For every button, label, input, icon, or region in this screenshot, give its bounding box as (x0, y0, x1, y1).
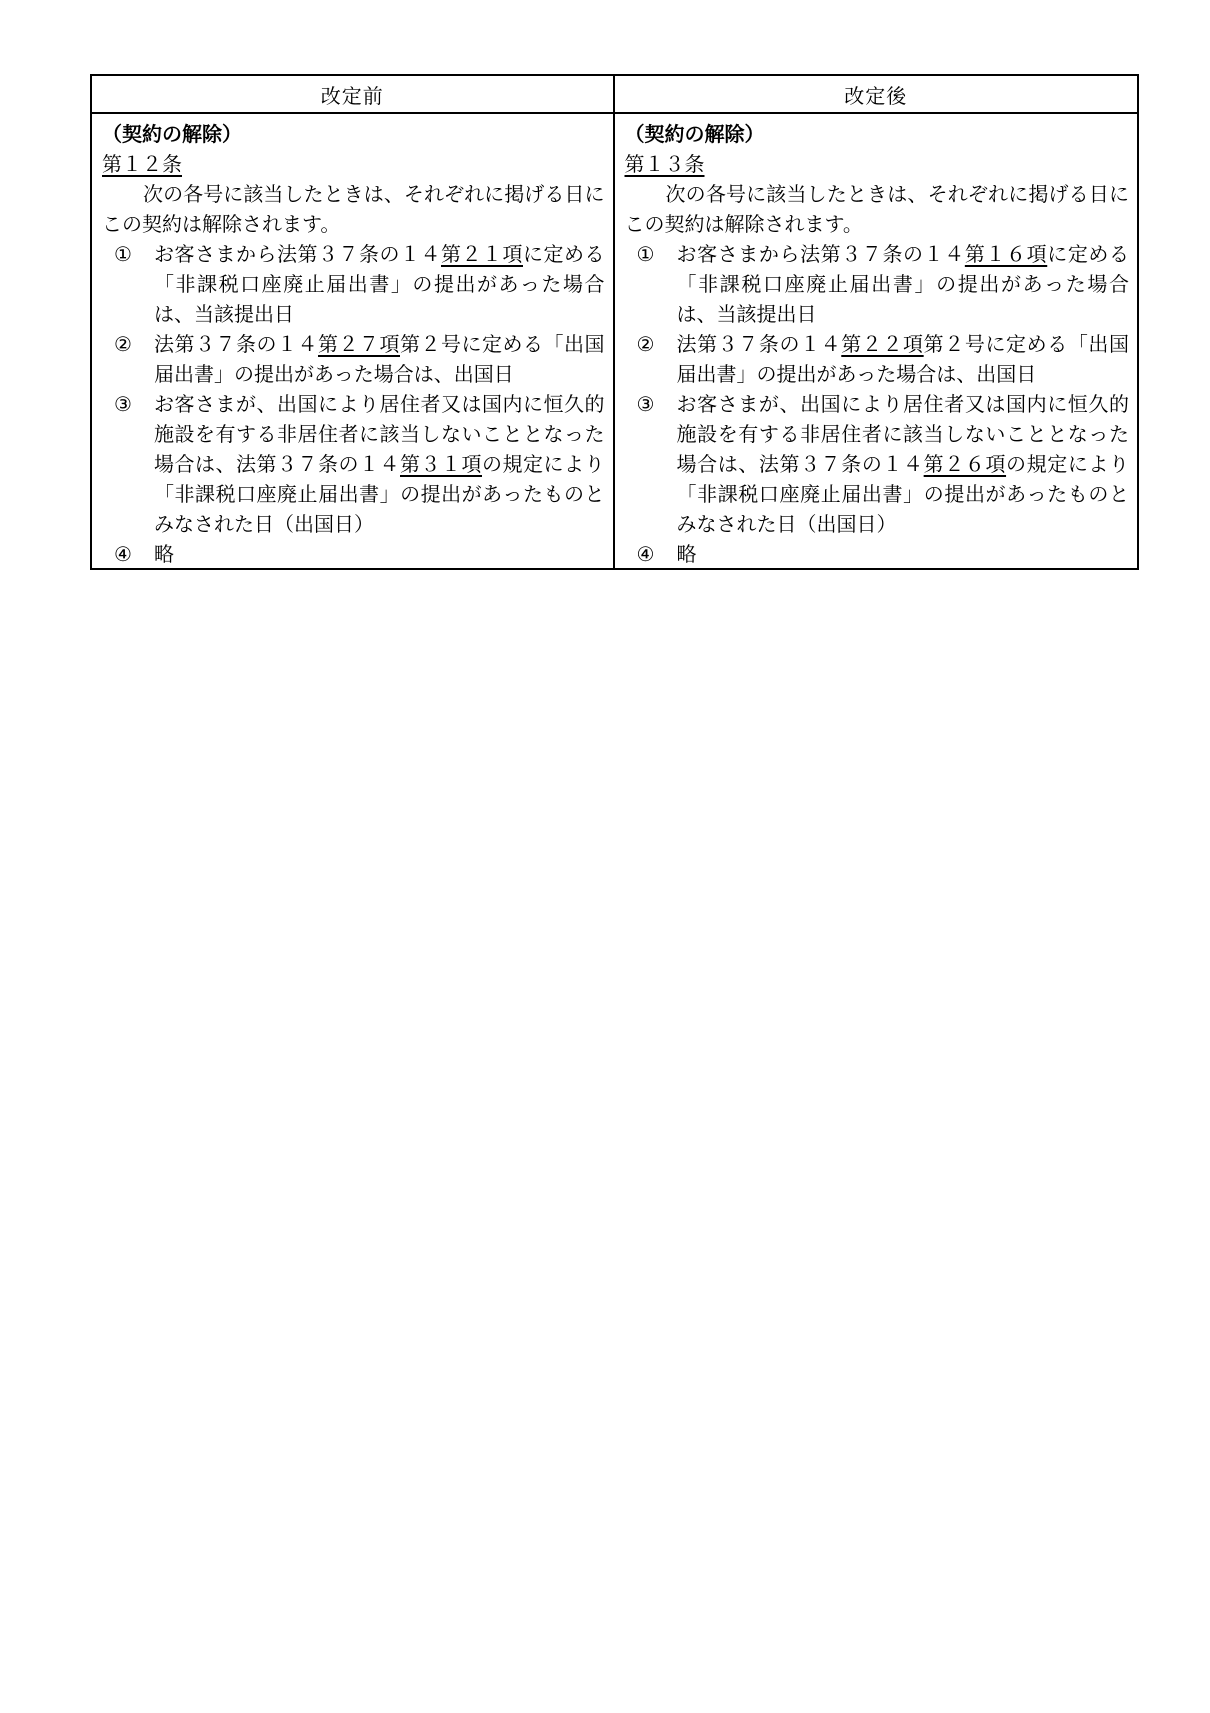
item-number-marker: ② (637, 330, 677, 390)
item-number-marker: ① (637, 240, 677, 330)
item-number-marker: ④ (637, 540, 677, 568)
document-page: 改定前 改定後 （契約の解除） 第１２条 次の各号に該当したときは、それぞれに掲… (0, 0, 1210, 1713)
article-number: 第１２条 (102, 150, 605, 180)
text-segment: 法第３７条の１４ (154, 334, 318, 356)
text-segment: お客さまから法第３７条の１４ (677, 244, 965, 266)
after-revision-cell: （契約の解除） 第１３条 次の各号に該当したときは、それぞれに掲げる日にこの契約… (615, 114, 1138, 568)
table-header-row: 改定前 改定後 (92, 76, 1137, 114)
column-header-before-revision: 改定前 (92, 76, 615, 112)
item-text: お客さまが、出国により居住者又は国内に恒久的施設を有する非居住者に該当しないこと… (677, 390, 1130, 540)
item-number-marker: ② (114, 330, 154, 390)
underlined-revision-text: 第１６項 (965, 244, 1047, 266)
item-text: 法第３７条の１４第２７項第２号に定める「出国届出書」の提出があった場合は、出国日 (154, 330, 605, 390)
underlined-revision-text: 第２１項 (441, 244, 523, 266)
text-segment: 略 (677, 544, 697, 566)
underlined-revision-text: 第２７項 (318, 334, 400, 356)
column-header-after-revision: 改定後 (615, 76, 1138, 112)
underlined-revision-text: 第２２項 (841, 334, 923, 356)
text-segment: 法第３７条の１４ (677, 334, 842, 356)
list-item: ②法第３７条の１４第２７項第２号に定める「出国届出書」の提出があった場合は、出国… (102, 330, 605, 390)
underlined-revision-text: 第３１項 (400, 454, 482, 476)
item-text: 略 (677, 540, 1130, 568)
table-body-row: （契約の解除） 第１２条 次の各号に該当したときは、それぞれに掲げる日にこの契約… (92, 114, 1137, 568)
item-text: お客さまから法第３７条の１４第１６項に定める「非課税口座廃止届出書」の提出があっ… (677, 240, 1130, 330)
intro-paragraph: 次の各号に該当したときは、それぞれに掲げる日にこの契約は解除されます。 (625, 180, 1130, 240)
list-item: ①お客さまから法第３７条の１４第１６項に定める「非課税口座廃止届出書」の提出があ… (625, 240, 1130, 330)
intro-paragraph: 次の各号に該当したときは、それぞれに掲げる日にこの契約は解除されます。 (102, 180, 605, 240)
text-segment: 略 (154, 544, 174, 566)
revision-comparison-table: 改定前 改定後 （契約の解除） 第１２条 次の各号に該当したときは、それぞれに掲… (90, 74, 1139, 570)
list-item: ④略 (102, 540, 605, 568)
list-item: ③お客さまが、出国により居住者又は国内に恒久的施設を有する非居住者に該当しないこ… (102, 390, 605, 540)
clause-item-list: ①お客さまから法第３７条の１４第１６項に定める「非課税口座廃止届出書」の提出があ… (625, 240, 1130, 568)
item-text: 法第３７条の１４第２２項第２号に定める「出国届出書」の提出があった場合は、出国日 (677, 330, 1130, 390)
text-segment: お客さまから法第３７条の１４ (154, 244, 441, 266)
list-item: ②法第３７条の１４第２２項第２号に定める「出国届出書」の提出があった場合は、出国… (625, 330, 1130, 390)
item-text: お客さまから法第３７条の１４第２１項に定める「非課税口座廃止届出書」の提出があっ… (154, 240, 605, 330)
item-text: お客さまが、出国により居住者又は国内に恒久的施設を有する非居住者に該当しないこと… (154, 390, 605, 540)
section-title: （契約の解除） (625, 120, 1130, 150)
list-item: ④略 (625, 540, 1130, 568)
item-number-marker: ③ (114, 390, 154, 540)
before-revision-cell: （契約の解除） 第１２条 次の各号に該当したときは、それぞれに掲げる日にこの契約… (92, 114, 615, 568)
item-text: 略 (154, 540, 605, 568)
item-number-marker: ① (114, 240, 154, 330)
list-item: ①お客さまから法第３７条の１４第２１項に定める「非課税口座廃止届出書」の提出があ… (102, 240, 605, 330)
section-title: （契約の解除） (102, 120, 605, 150)
underlined-revision-text: 第２６項 (924, 454, 1006, 476)
item-number-marker: ③ (637, 390, 677, 540)
item-number-marker: ④ (114, 540, 154, 568)
clause-item-list: ①お客さまから法第３７条の１４第２１項に定める「非課税口座廃止届出書」の提出があ… (102, 240, 605, 568)
list-item: ③お客さまが、出国により居住者又は国内に恒久的施設を有する非居住者に該当しないこ… (625, 390, 1130, 540)
article-number: 第１３条 (625, 150, 1130, 180)
